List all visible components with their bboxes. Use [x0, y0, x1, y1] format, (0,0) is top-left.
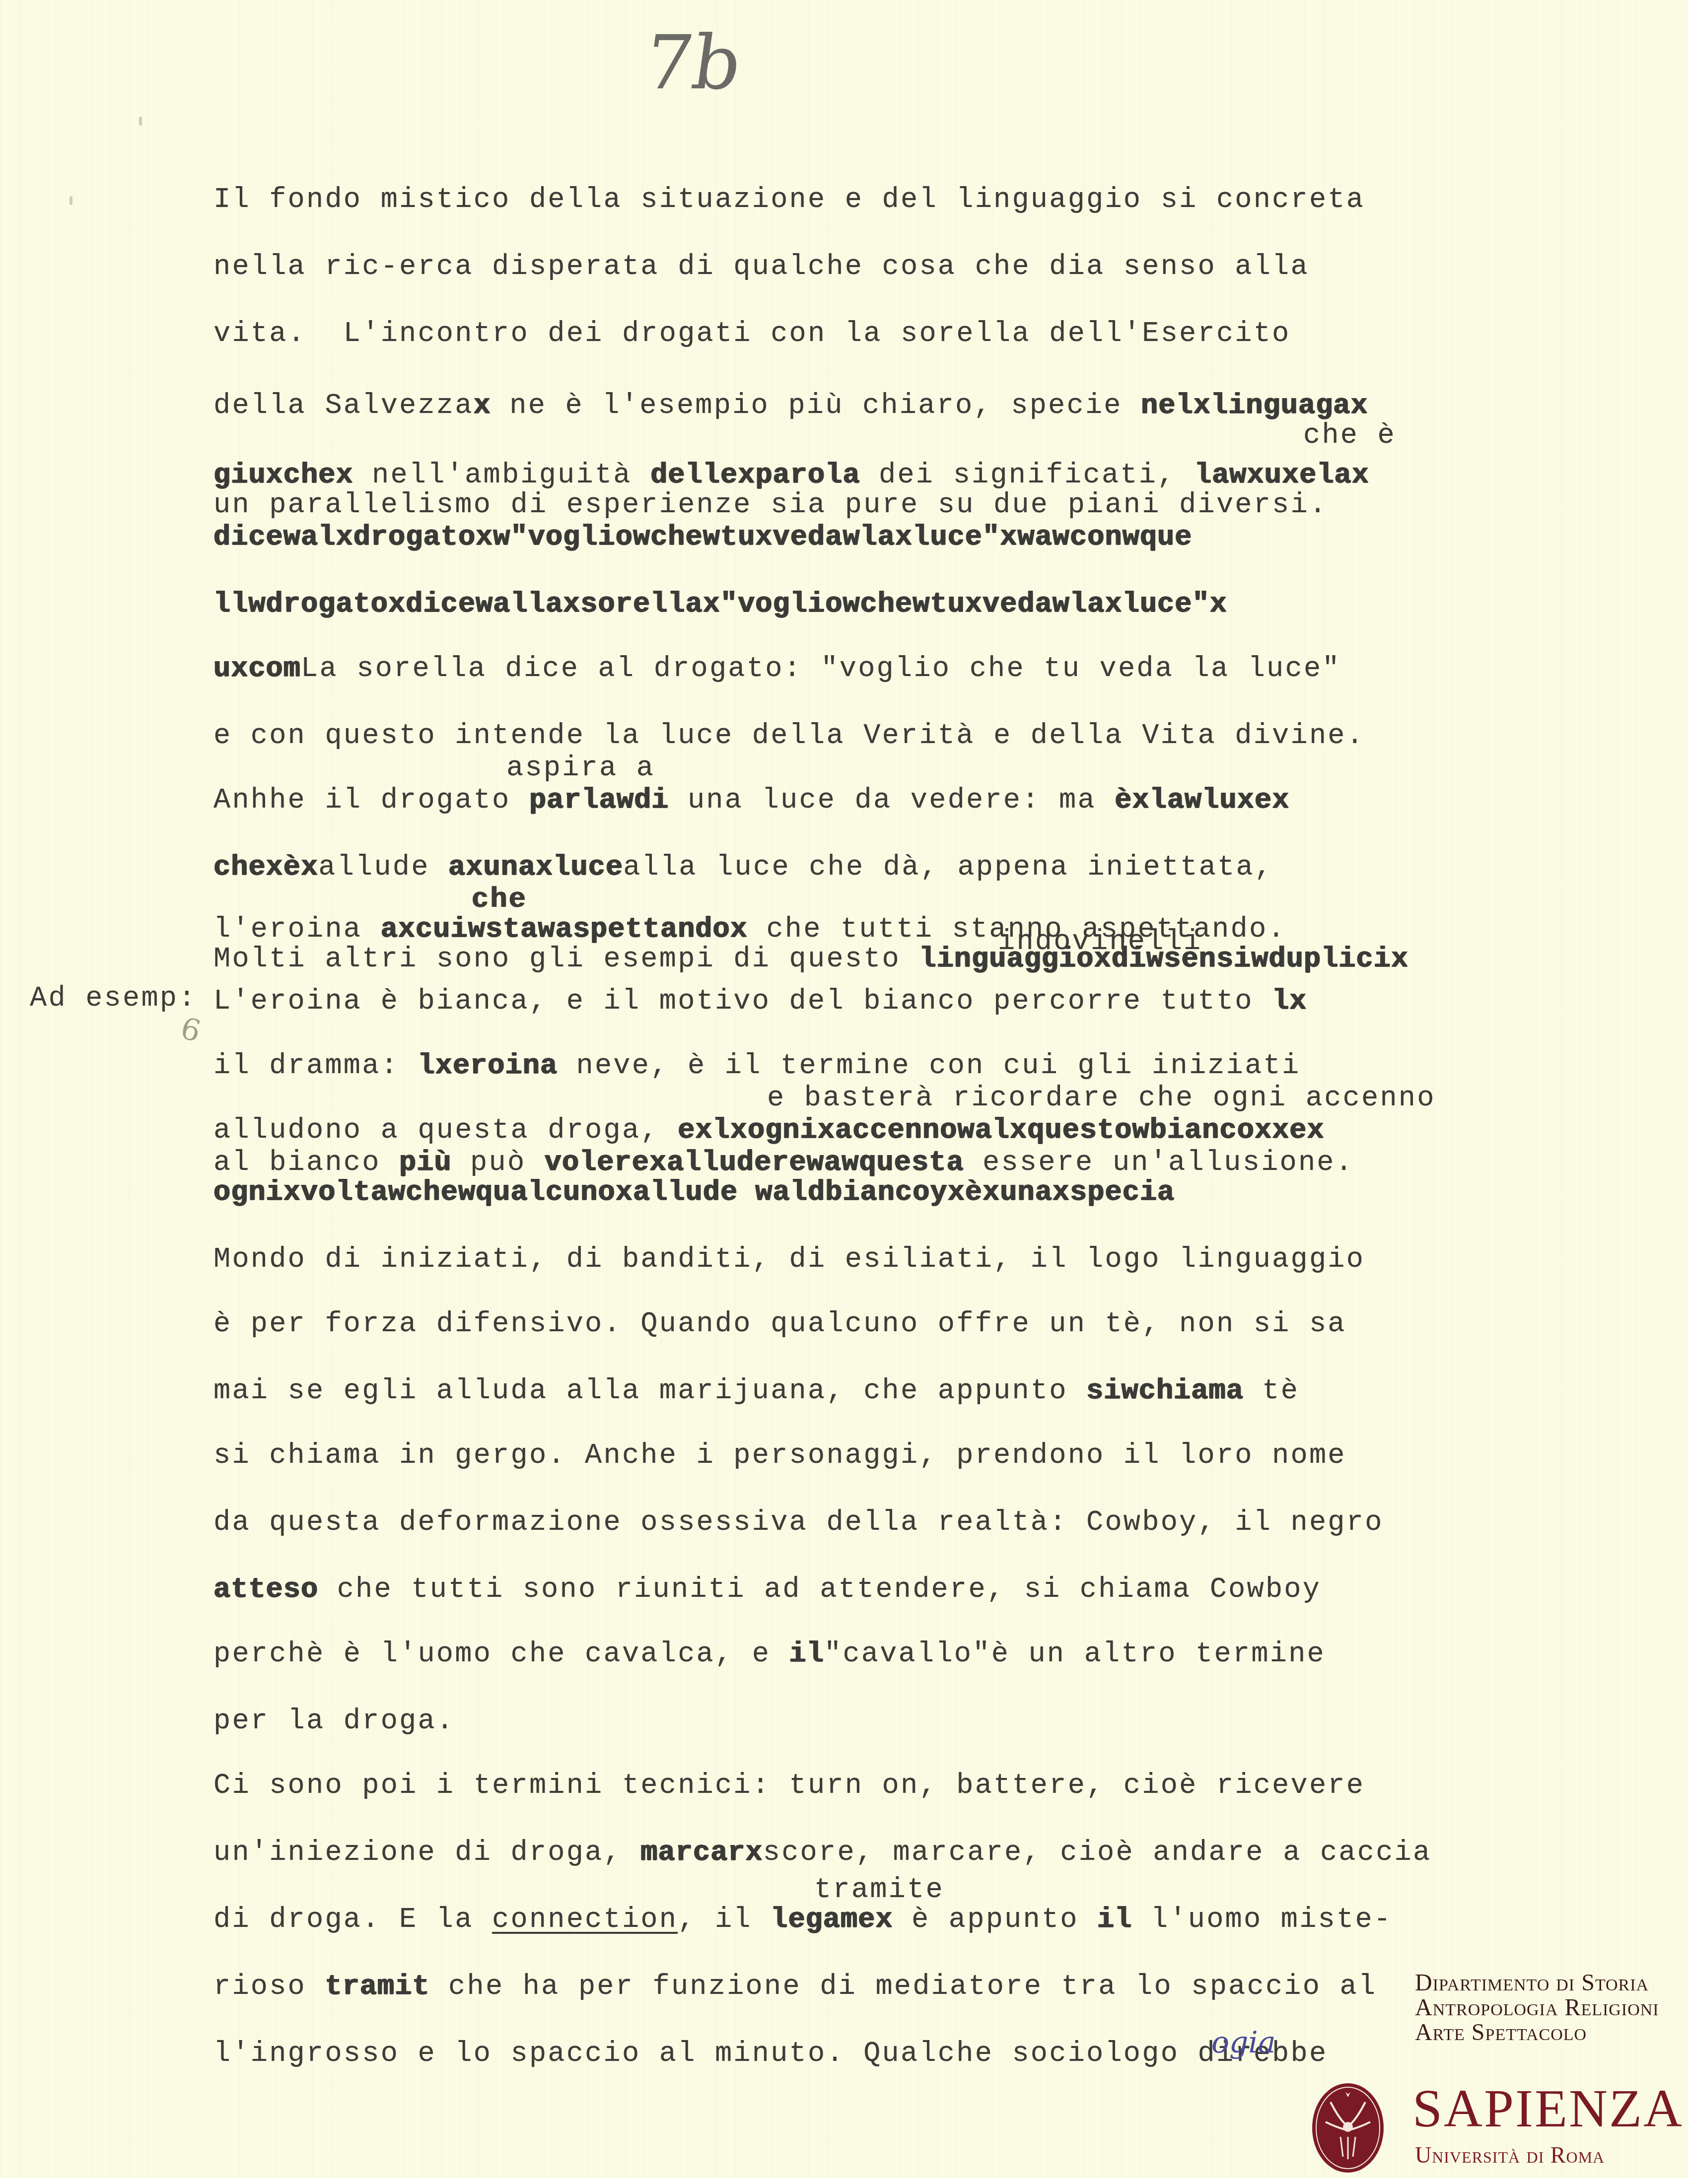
text-line: L'eroina è bianca, e il motivo del bianc…: [213, 988, 1307, 1016]
text-line: Il fondo mistico della situazione e del …: [213, 186, 1365, 214]
text-segment: mai se egli alluda alla marijuana, che a…: [213, 1375, 1086, 1407]
university-subtitle: Università di Roma: [1415, 2142, 1605, 2168]
text-line: dicewalxdrogatoxw"vogliowchewtuxvedawlax…: [213, 524, 1193, 552]
margin-note-ad-esempio: Ad esemp:: [30, 983, 197, 1015]
paper-speck: [139, 117, 142, 126]
text-segment: che ha per funzione di mediatore tra lo …: [430, 1971, 1377, 2003]
text-line: uxcomLa sorella dice al drogato: "voglio…: [213, 655, 1341, 683]
struck-over-text: siwchiama: [1086, 1375, 1244, 1407]
text-line: mai se egli alluda alla marijuana, che a…: [213, 1377, 1299, 1406]
text-line: ognixvoltawchewqualcunoxallude waldbianc…: [213, 1179, 1175, 1207]
text-segment: l'uomo miste-: [1132, 1904, 1393, 1936]
insertion-indovinelli: indovinelli: [998, 928, 1202, 956]
text-segment: Ci sono poi i termini tecnici: turn on, …: [213, 1770, 1365, 1802]
department-name: Dipartimento di Storia Antropologia Reli…: [1415, 1971, 1659, 2045]
struck-over-text: èxlawluxex: [1115, 785, 1289, 817]
text-segment: Anhhe il drogato: [213, 785, 529, 817]
text-segment: si chiama in gergo. Anche i personaggi, …: [213, 1440, 1346, 1472]
text-segment: essere un'allusione.: [964, 1147, 1354, 1179]
text-line: alludono a questa droga, exlxognixaccenn…: [213, 1117, 1325, 1145]
paper-speck: [70, 196, 72, 205]
text-line: Mondo di iniziati, di banditi, di esilia…: [213, 1246, 1365, 1274]
text-line: al bianco più può volerexalluderewawques…: [213, 1149, 1354, 1177]
text-line: l'ingrosso e lo spaccio al minuto. Qualc…: [213, 2040, 1328, 2068]
university-name: Sapienza: [1412, 2082, 1684, 2136]
struck-over-text: dellexparola: [650, 460, 860, 491]
struck-over-text: parlawdi: [529, 785, 669, 817]
text-line: vita. L'incontro dei drogati con la sore…: [213, 320, 1291, 348]
insertion-bastera: e basterà ricordare che ogni accenno: [767, 1085, 1436, 1113]
text-segment: ne è l'esempio più chiaro, specie: [491, 390, 1141, 422]
text-segment: e con questo intende la luce della Verit…: [213, 720, 1365, 752]
text-line: è per forza difensivo. Quando qualcuno o…: [213, 1310, 1346, 1339]
text-line: nella ric-erca disperata di qualche cosa…: [213, 253, 1309, 281]
struck-over-text: volerexalluderewawquesta: [545, 1147, 964, 1179]
text-segment: vita. L'incontro dei drogati con la sore…: [213, 318, 1291, 350]
struck-over-text: tramit: [325, 1971, 429, 2003]
text-segment: un'iniezione di droga,: [213, 1837, 640, 1869]
struck-over-text: dicewalxdrogatoxw"vogliowchewtuxvedawlax…: [213, 522, 1193, 553]
text-segment: L'eroina è bianca, e il motivo del bianc…: [213, 986, 1272, 1018]
insertion-aspira-a: aspira a: [506, 754, 655, 783]
text-line: Molti altri sono gli esempi di questo li…: [213, 946, 1408, 974]
text-segment: alludono a questa droga,: [213, 1115, 678, 1147]
ink-correction: ogia: [1211, 2025, 1276, 2060]
struck-over-text: atteso: [213, 1574, 318, 1606]
text-line: atteso che tutti sono riuniti ad attende…: [213, 1576, 1321, 1604]
text-line: Ci sono poi i termini tecnici: turn on, …: [213, 1772, 1365, 1800]
text-segment: da questa deformazione ossessiva della r…: [213, 1507, 1384, 1539]
text-segment: Molti altri sono gli esempi di questo: [213, 944, 919, 975]
underlined-term: connection: [492, 1904, 678, 1936]
insertion-tramite: tramite: [814, 1876, 944, 1905]
text-line: Anhhe il drogato parlawdi una luce da ve…: [213, 787, 1289, 815]
department-line: Arte Spettacolo: [1415, 2020, 1659, 2045]
struck-over-text: legamex: [771, 1904, 893, 1936]
text-line: di droga. E la connection, il legamex è …: [213, 1906, 1392, 1934]
sapienza-logo: Dipartimento di Storia Antropologia Reli…: [1301, 1956, 1688, 2184]
struck-over-text: marcarx: [640, 1837, 763, 1869]
text-segment: l'eroina: [213, 914, 381, 946]
text-line: chexèxallude axunaxlucealla luce che dà,…: [213, 854, 1273, 882]
department-line: Antropologia Religioni: [1415, 1995, 1659, 2020]
text-segment: allude: [318, 852, 448, 884]
text-segment: perchè è l'uomo che cavalca, e: [213, 1638, 789, 1670]
insertion-che-overstrike: che: [472, 886, 527, 914]
text-segment: nell'ambiguità: [353, 460, 651, 491]
text-segment: score, marcare, cioè andare a caccia: [763, 1837, 1432, 1869]
text-line: llwdrogatoxdicewallaxsorellax"vogliowche…: [213, 591, 1227, 619]
text-segment: alla luce che dà, appena iniettata,: [623, 852, 1273, 884]
struck-over-text: axcuiwstawaspettandox: [381, 914, 748, 946]
struck-over-text: axunaxluce: [448, 852, 623, 884]
insertion-che-e: che è: [1303, 422, 1396, 450]
struck-over-text: uxcom: [213, 653, 301, 685]
text-segment: La sorella dice al drogato: "voglio che …: [301, 653, 1341, 685]
text-segment: rioso: [213, 1971, 325, 2003]
text-segment: , il: [678, 1904, 771, 1936]
text-line: giuxchex nell'ambiguità dellexparola dei…: [213, 462, 1369, 490]
struck-over-text: giuxchex: [213, 460, 353, 491]
text-line: il dramma: lxeroina neve, è il termine c…: [213, 1052, 1300, 1081]
text-line: da questa deformazione ossessiva della r…: [213, 1509, 1384, 1537]
struck-over-text: lxeroina: [418, 1050, 558, 1082]
text-segment: Mondo di iniziati, di banditi, di esilia…: [213, 1244, 1365, 1276]
text-segment: è appunto: [893, 1904, 1097, 1936]
struck-over-text: il: [789, 1638, 824, 1670]
text-segment: Il fondo mistico della situazione e del …: [213, 184, 1365, 216]
text-segment: al bianco: [213, 1147, 399, 1179]
text-line: rioso tramit che ha per funzione di medi…: [213, 1973, 1377, 2001]
text-segment: può: [452, 1147, 545, 1179]
struck-over-text: il: [1097, 1904, 1132, 1936]
struck-over-text: lx: [1272, 986, 1307, 1018]
department-line: Dipartimento di Storia: [1415, 1971, 1659, 1995]
text-segment: il dramma:: [213, 1050, 418, 1082]
text-segment: che tutti sono riuniti ad attendere, si …: [318, 1574, 1321, 1606]
text-line: della Salvezzax ne è l'esempio più chiar…: [213, 392, 1368, 420]
struck-over-text: nelxlinguagax: [1141, 390, 1368, 422]
struck-over-text: chexèx: [213, 852, 318, 884]
text-segment: "cavallo"è un altro termine: [824, 1638, 1326, 1670]
struck-over-text: x: [474, 390, 491, 422]
struck-over-text: exlxognixaccennowalxquestowbiancoxxex: [678, 1115, 1325, 1147]
text-segment: della Salvezza: [213, 390, 474, 422]
struck-over-text: ognixvoltawchewqualcunoxallude waldbianc…: [213, 1177, 1175, 1209]
text-segment: neve, è il termine con cui gli iniziati: [558, 1050, 1300, 1082]
struck-over-text: lawxuxelax: [1195, 460, 1369, 491]
text-line: si chiama in gergo. Anche i personaggi, …: [213, 1442, 1346, 1470]
text-line: un parallelismo di esperienze sia pure s…: [213, 491, 1328, 520]
text-segment: nella ric-erca disperata di qualche cosa…: [213, 251, 1309, 283]
sapienza-seal-icon: [1311, 2082, 1385, 2174]
text-segment: per la droga.: [213, 1706, 455, 1737]
text-line: un'iniezione di droga, marcarxscore, mar…: [213, 1839, 1431, 1867]
text-segment: di droga. E la: [213, 1904, 492, 1936]
struck-over-text: llwdrogatoxdicewallaxsorellax"vogliowche…: [213, 589, 1227, 620]
text-segment: è per forza difensivo. Quando qualcuno o…: [213, 1308, 1346, 1340]
text-line: e con questo intende la luce della Verit…: [213, 722, 1365, 751]
handwritten-page-number: 7b: [639, 20, 747, 106]
text-segment: tè: [1244, 1375, 1299, 1407]
text-segment: una luce da vedere: ma: [669, 785, 1115, 817]
text-line: per la droga.: [213, 1707, 455, 1736]
text-segment: un parallelismo di esperienze sia pure s…: [213, 489, 1328, 521]
scan-edge: [0, 2178, 1688, 2184]
text-segment: l'ingrosso e lo spaccio al minuto. Qualc…: [213, 2038, 1198, 2070]
text-segment: dei significati,: [860, 460, 1195, 491]
struck-over-text: più: [399, 1147, 452, 1179]
text-line: perchè è l'uomo che cavalca, e il"cavall…: [213, 1640, 1326, 1669]
